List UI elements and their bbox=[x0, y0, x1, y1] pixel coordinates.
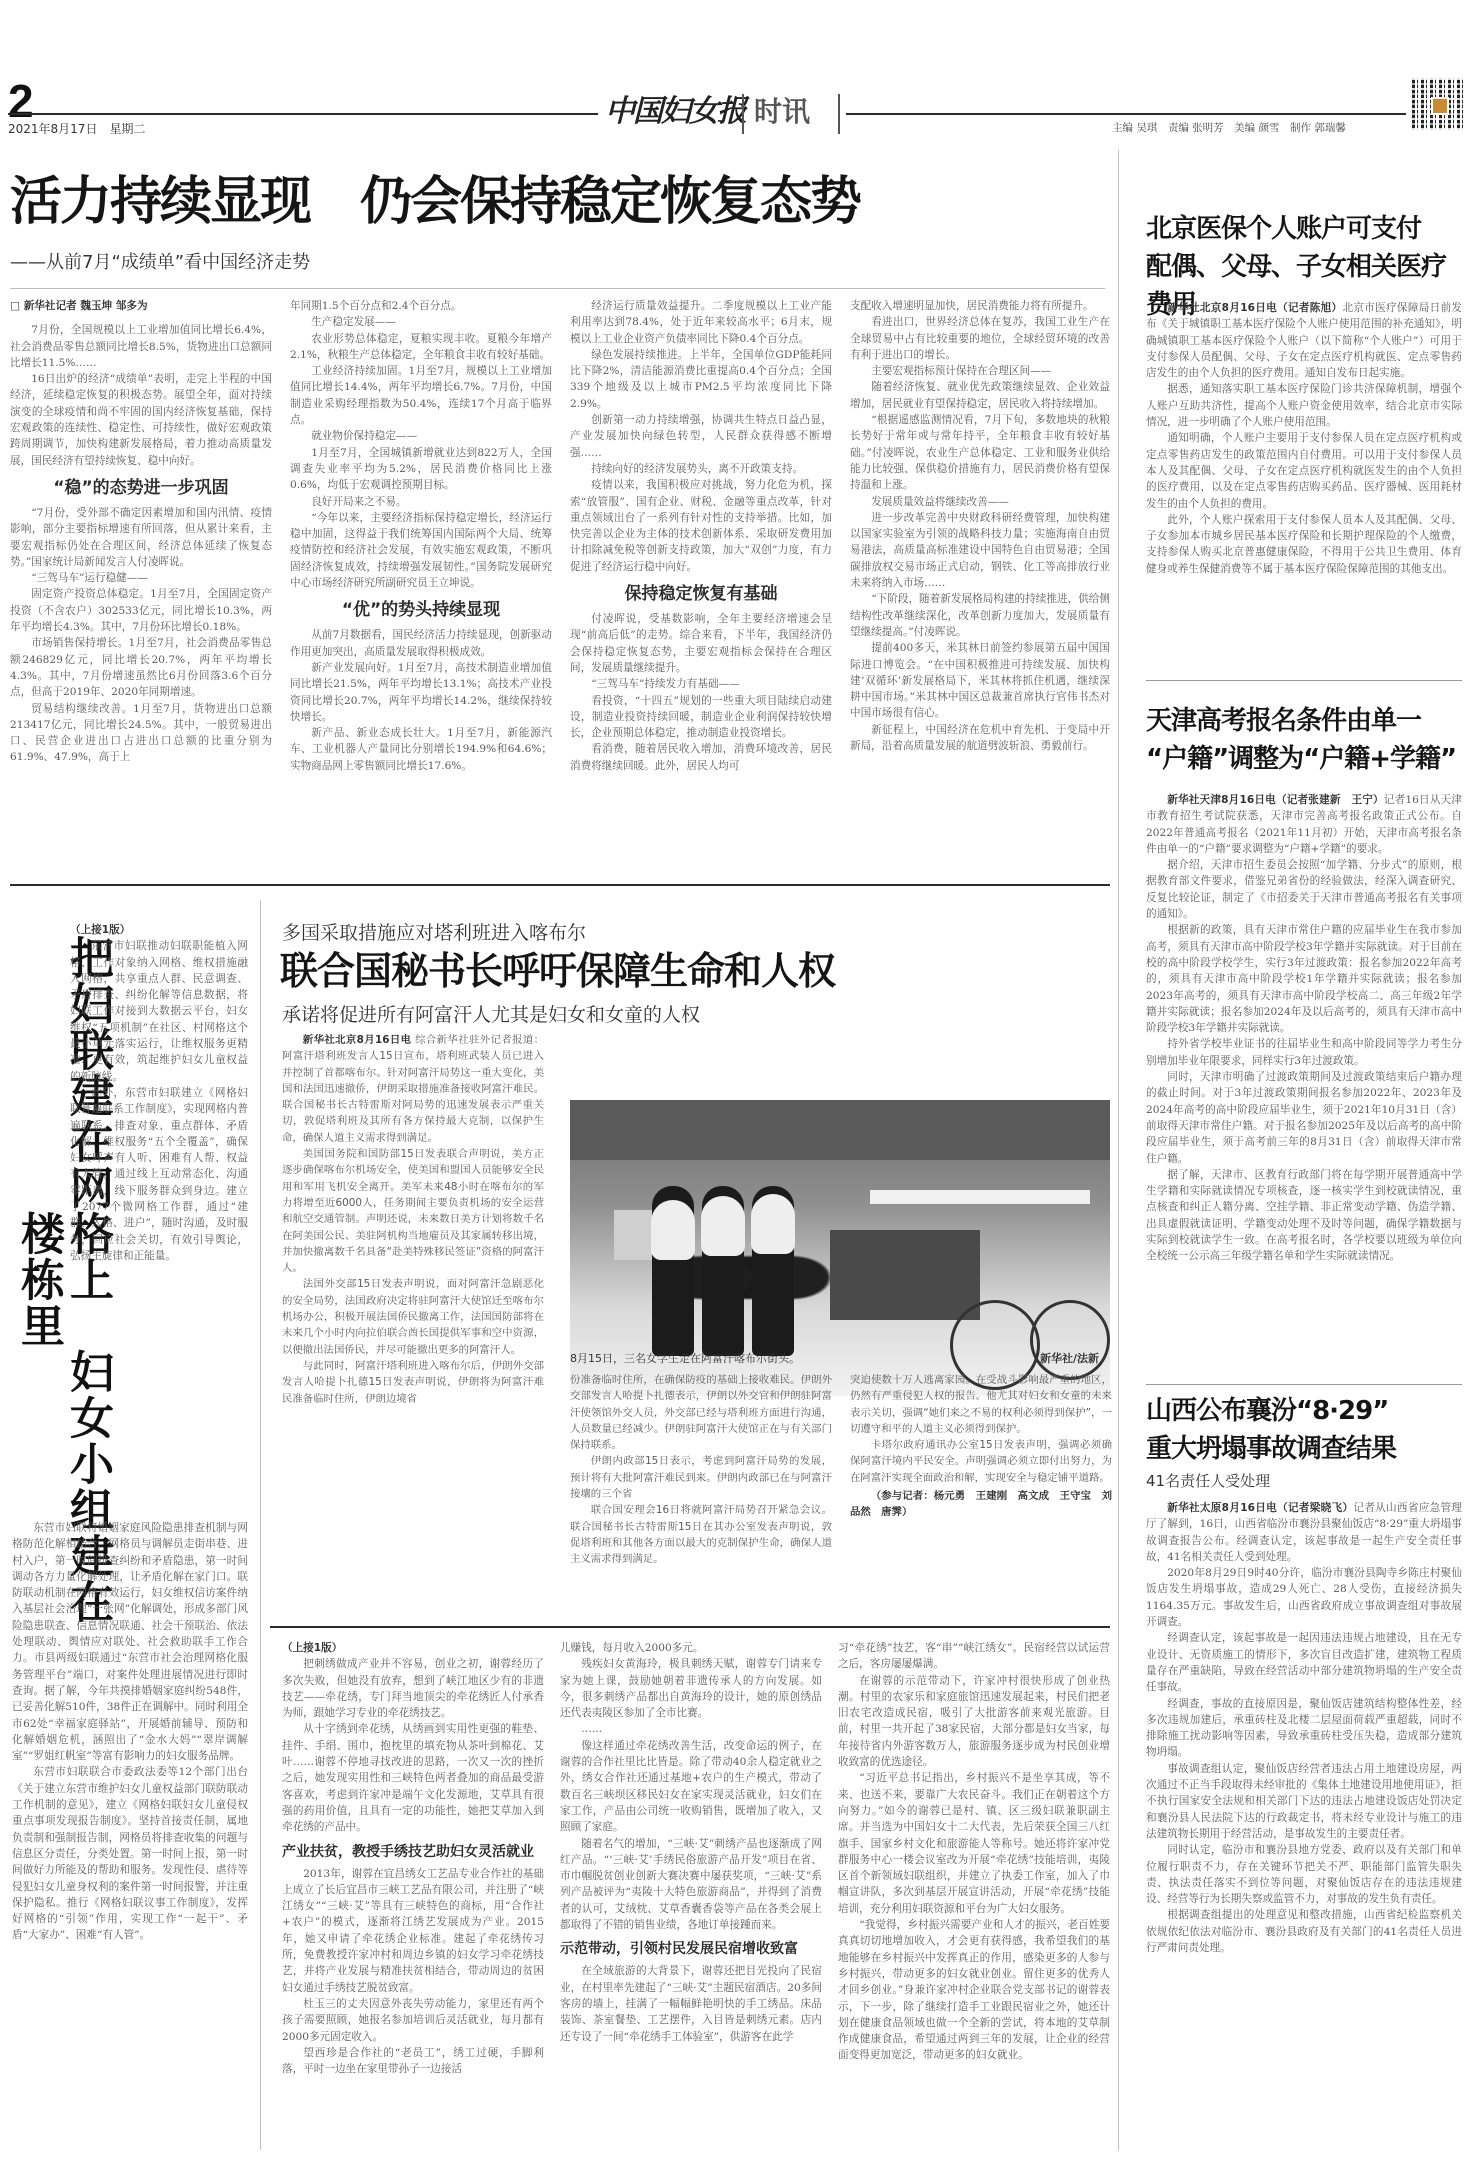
paragraph: 市场销售保持增长。1月至7月，社会消费品零售总额246829亿元，同比增长20.… bbox=[10, 635, 272, 700]
photo-headscarf bbox=[701, 1196, 745, 1256]
paragraph: 年同期1.5个百分点和2.4个百分点。 bbox=[290, 298, 552, 314]
photo-bin bbox=[614, 1210, 654, 1260]
paragraph: 新产业发展向好。1月至7月，高技术制造业增加值同比增长21.5%，两年平均增长1… bbox=[290, 660, 552, 725]
photo-canopy bbox=[870, 1190, 1090, 1204]
lower-section-rule bbox=[270, 1626, 1110, 1628]
paragraph: 看消费，随着居民收入增加，消费环境改善，居民消费将继续回暖。此外，居民人均可 bbox=[570, 741, 832, 774]
story2-headline-line1: 天津高考报名条件由单一 bbox=[1146, 702, 1466, 740]
embroidery-column-3: 习“牵花绣”技艺，客“串”“峡江绣女”。民宿经营以试运营之后，客房屡屡爆满。 在… bbox=[838, 1640, 1110, 2064]
paragraph: 1月至7月，全国城镇新增就业达到822万人，全国调查失业率平均为5.2%，居民消… bbox=[290, 445, 552, 494]
lead-column-3: 经济运行质量效益提升。二季度规模以上工业产能利用率达到78.4%，处于近年来较高… bbox=[570, 298, 832, 774]
newspaper-logo: 中国妇女报 bbox=[605, 86, 745, 130]
paragraph: 望西珍是合作社的“老员工”，绣工过硬，手脚利落，平时一边坐在家里带孙子一边接活 bbox=[282, 2045, 544, 2078]
paragraph: 与此同时，阿富汗塔利班进入喀布尔后，伊朗外交部发言人哈提卜扎德15日发表声明说，… bbox=[282, 1358, 544, 1407]
paragraph: 伊朗内政部15日表示，考虑到阿富汗局势的发展，预计将有大批阿富汗难民到来。伊朗内… bbox=[570, 1453, 832, 1502]
story3-subheadline: 41名责任人受处理 bbox=[1146, 1470, 1270, 1491]
paragraph: …… bbox=[560, 1721, 822, 1737]
paragraph: 在全域旅游的大背景下，谢蓉还把目光投向了民宿业，在村里率先建起了“三峡·艾”主题… bbox=[560, 1963, 822, 2044]
mid-page-rule bbox=[10, 884, 1110, 886]
un-column-3: 突迫使数十万人逃离家园。在受战斗影响最严重的地区，仍然有严重侵犯人权的报告。他尤… bbox=[850, 1372, 1112, 1521]
paragraph: 经调查认定，该起事故是一起因违法违规占地建设，且在无专业设计、无资质施工的情形下… bbox=[1146, 1630, 1462, 1695]
paragraph: 突迫使数十万人逃离家园。在受战斗影响最严重的地区，仍然有严重侵犯人权的报告。他尤… bbox=[850, 1372, 1112, 1437]
story2-headline: 天津高考报名条件由单一 “户籍”调整为“户籍+学籍” bbox=[1146, 702, 1466, 778]
women-story-body-top: （上接1版） 东营市妇联推动妇联职能植入网格、工作对象纳入网格、维权措施融入网格… bbox=[70, 922, 248, 1264]
embroidery-column-2: 儿赚钱，每月收入2000多元。 残疾妇女黄海玲，极具刺绣天赋，谢蓉专门请来专家为… bbox=[560, 1640, 822, 2045]
paragraph: 固定资产投资总体稳定。1月至7月，全国固定资产投资（不含农户）302533亿元，… bbox=[10, 586, 272, 635]
paragraph: 杜玉三的丈夫因意外丧失劳动能力，家里还有两个孩子需要照顾，她报名参加培训后灵活就… bbox=[282, 1996, 544, 2045]
paragraph: “今年以来，主要经济指标保持稳定增长，经济运行稳中加固，这得益于我们统筹国内国际… bbox=[290, 510, 552, 591]
lead-column-4: 支配收入增速明显加快，居民消费能力将有所提升。 看进出口，世界经济总体在复苏，我… bbox=[850, 298, 1110, 754]
un-dateline: 新华社北京8月16日电 bbox=[303, 1034, 412, 1046]
masthead-rule-right bbox=[846, 113, 1406, 115]
story2-headline-line2: “户籍”调整为“户籍+学籍” bbox=[1146, 740, 1466, 778]
lead-headline: 活力持续显现 仍会保持稳定恢复态势 bbox=[10, 172, 860, 232]
story2-dateline: 新华社天津8月16日电（记者张建新 王宁） bbox=[1167, 794, 1384, 806]
qr-code-icon[interactable] bbox=[1412, 78, 1464, 130]
embroidery-subhead-poverty: 产业扶贫，教授手绣技艺助妇女灵活就业 bbox=[282, 1842, 544, 1862]
headline-separator bbox=[10, 288, 1105, 289]
story3-headline: 山西公布襄汾“8·29” 重大坍塌事故调查结果 bbox=[1146, 1392, 1466, 1468]
paragraph: 此外，个人账户探索用于支付参保人员本人及其配偶、父母、子女参加本市城乡居民基本医… bbox=[1146, 512, 1462, 577]
paragraph: 进一步改革完善中央财政科研经费管理，加快构建以国家实验室为引领的战略科技力量；实… bbox=[850, 510, 1110, 591]
paragraph: 卡塔尔政府通讯办公室15日发表声明，强调必须确保阿富汗境内平民安全。声明强调必须… bbox=[850, 1437, 1112, 1486]
paragraph: 像这样通过牵花绣改善生活，改变命运的例子，在谢蓉的合作社里比比皆是。除了带动40… bbox=[560, 1738, 822, 1836]
paragraph: 儿赚钱，每月收入2000多元。 bbox=[560, 1640, 822, 1656]
story2-body: 新华社天津8月16日电（记者张建新 王宁）记者16日从天津市教育招生考试院获悉，… bbox=[1146, 792, 1462, 1265]
paragraph: 经调查，事故的直接原因是，聚仙饭店建筑结构整体性差，经多次违规加建后，承重砖柱及… bbox=[1146, 1696, 1462, 1761]
paragraph: 新征程上，中国经济在危机中育先机、于变局中开新局，沿着高质量发展的航道劈波斩浪、… bbox=[850, 722, 1110, 755]
paragraph: 疫情以来，我国积极应对挑战，努力化危为机，探索“放管服”、国有企业、财税、金融等… bbox=[570, 477, 832, 575]
photo-awning bbox=[570, 1100, 1110, 1160]
photo-caption: 8月15日，三名女学生走在阿富汗喀布尔街头。 bbox=[570, 1350, 800, 1366]
paragraph: 2013年，谢蓉在宜昌绣女工艺品专业合作社的基础上成立了长后宜昌市三峡工艺品有限… bbox=[282, 1866, 544, 1996]
paragraph: 7月份，全国规模以上工业增加值同比增长6.4%，社会消费品零售总额同比增长8.5… bbox=[10, 322, 272, 371]
paragraph: 发展质量效益将继续改善—— bbox=[850, 494, 1110, 510]
contributing-reporters: （参与记者：杨元勇 王建刚 高文成 王守宝 刘品然 唐霁） bbox=[850, 1488, 1112, 1521]
paragraph: “我觉得，乡村振兴需要产业和人才的振兴，老百姓要真真切切地增加收入，才会更有获得… bbox=[838, 1917, 1110, 2064]
story1-divider bbox=[1146, 680, 1462, 681]
paragraph: 16日出炉的经济“成绩单”表明，走完上半程的中国经济，延续稳定恢复的积极态势。展… bbox=[10, 371, 272, 469]
paragraph: 农业形势总体稳定，夏粮实现丰收。夏粮今年增产2.1%，秋粮生产总体稳定，全年粮食… bbox=[290, 331, 552, 364]
paragraph: 同时认定，临汾市和襄汾县地方党委、政府以及有关部门和单位履行职责不力，存在关键环… bbox=[1146, 1842, 1462, 1907]
issue-date: 2021年8月17日 星期二 bbox=[8, 120, 145, 137]
paragraph: 从前7月数据看，国民经济活力持续显现，创新驱动作用更加突出，高质量发展取得积极成… bbox=[290, 627, 552, 660]
paragraph: 份准备临时住所，在确保防疫的基础上接收难民。伊朗外交部发言人哈提卜扎德表示，伊朗… bbox=[570, 1372, 832, 1453]
paragraph: 持续向好的经济发展势头，离不开政策支持。 bbox=[570, 461, 832, 477]
un-column-1: 新华社北京8月16日电 综合新华社驻外记者报道：阿富汗塔利班发言人15日宣布，塔… bbox=[282, 1032, 544, 1407]
paragraph: 把刺绣做成产业并不容易，创业之初，谢蓉经历了多次失败，但她没有放弃，想到了峡江地… bbox=[282, 1656, 544, 1721]
story3-body: 新华社太原8月16日电（记者梁晓飞）记者从山西省应急管理厅了解到，16日，山西省… bbox=[1146, 1500, 1462, 1956]
lead-subheadline: ——从前7月“成绩单”看中国经济走势 bbox=[10, 248, 310, 274]
paragraph: 据介绍，天津市招生委员会按照“加学籍、分步式”的原则，根据教育部文件要求，借鉴兄… bbox=[1146, 857, 1462, 922]
paragraph: 综合新华社驻外记者报道：阿富汗塔利班发言人15日宣布，塔利班武装人员已进入并控制… bbox=[282, 1034, 544, 1144]
paragraph: “下阶段，随着新发展格局构建的持续推进，供给侧结构性改革继续深化，改革创新力度加… bbox=[850, 591, 1110, 640]
photo-credit: 新华社/法新 bbox=[1040, 1350, 1099, 1366]
right-column-divider bbox=[1118, 150, 1119, 2150]
paragraph: “根据遥感监测情况看，7月下旬，多数地块的秋粮长势好于常年或与常年持平，全年粮食… bbox=[850, 412, 1110, 493]
paragraph: 良好开局来之不易。 bbox=[290, 494, 552, 510]
paragraph: 东营市妇联将婚姻家庭风险隐患排查机制与网格防范化解相结合，网格员与调解员走街串巷… bbox=[12, 1520, 248, 1764]
embroidery-column-1: （上接1版） 把刺绣做成产业并不容易，创业之初，谢蓉经历了多次失败，但她没有放弃… bbox=[282, 1640, 544, 2077]
paragraph: 2020年8月29日9时40分许，临汾市襄汾县陶寺乡陈庄村聚仙饭店发生坍塌事故，… bbox=[1146, 1565, 1462, 1630]
story2-divider bbox=[1146, 1384, 1462, 1385]
paragraph: 此外，东营市妇联建立《网格妇联普遍联系工作制度》，实现网格内普遍联系、排查对象、… bbox=[70, 1085, 248, 1264]
story3-headline-line2: 重大坍塌事故调查结果 bbox=[1146, 1430, 1466, 1468]
paragraph: 美国国务院和国防部15日发表联合声明说，美方正逐步确保喀布尔机场安全，使美国和盟… bbox=[282, 1146, 544, 1276]
story3-dateline: 新华社太原8月16日电（记者梁晓飞） bbox=[1167, 1502, 1353, 1514]
paragraph: 看投资，“十四五”规划的一些重大项目陆续启动建设，制造业投资持续回暖，制造业企业… bbox=[570, 693, 832, 742]
paragraph: 残疾妇女黄海玲，极具刺绣天赋，谢蓉专门请来专家为她上课，鼓励她朝着非遗传承人的方… bbox=[560, 1656, 822, 1721]
paragraph: 绿色发展持续推进。上半年，全国单位GDP能耗同比下降2%，清洁能源消费比重提高0… bbox=[570, 347, 832, 412]
lead-column-2: 年同期1.5个百分点和2.4个百分点。 生产稳定发展—— 农业形势总体稳定，夏粮… bbox=[290, 298, 552, 774]
paragraph: 创新第一动力持续增强，协调共生特点日益凸显，产业发展加快向绿色转型，人民群众获得… bbox=[570, 412, 832, 461]
paragraph: 同时，天津市明确了过渡政策期间及过渡政策结束后户籍办理的截止时间。对于3年过渡政… bbox=[1146, 1069, 1462, 1167]
paragraph: 提前400多天，米其林日前签约参展第五届中国国际进口博览会。“在中国积极推进可持… bbox=[850, 640, 1110, 721]
un-column-2: 份准备临时住所，在确保防疫的基础上接收难民。伊朗外交部发言人哈提卜扎德表示，伊朗… bbox=[570, 1372, 832, 1568]
section-divider bbox=[838, 94, 840, 134]
paragraph: 事故调查组认定，聚仙饭店经营者违法占用土地建设房屋，两次通过不正当手段取得未经审… bbox=[1146, 1761, 1462, 1842]
paragraph: 看进出口，世界经济总体在复苏，我国工业生产在全球贸易中占有比较重要的地位，全球经… bbox=[850, 314, 1110, 363]
paragraph: 据悉，通知落实职工基本医疗保险门诊共济保障机制，增强个人账户互助共济性，提高个人… bbox=[1146, 381, 1462, 430]
embroidery-continued: （上接1版） bbox=[282, 1640, 544, 1656]
paragraph: 根据新的政策，具有天津市常住户籍的应届毕业生在我市参加高考，须具有天津市高中阶段… bbox=[1146, 922, 1462, 1036]
paragraph: 法国外交部15日发表声明说，面对阿富汗急剧恶化的安全局势，法国政府决定将驻阿富汗… bbox=[282, 1276, 544, 1357]
paragraph: “三驾马车”持续发力有基础—— bbox=[570, 676, 832, 692]
photo-headscarf bbox=[751, 1194, 795, 1254]
paragraph: 随着名气的增加，“三峡·艾”刺绣产品也逐渐成了网红产品。“‘三峡·艾’手绣民俗旅… bbox=[560, 1836, 822, 1934]
photo-market-stall bbox=[830, 1230, 980, 1320]
masthead-rule-left bbox=[8, 113, 598, 115]
paragraph: 贸易结构继续改善。1月至7月，货物进出口总额213417亿元，同比增长24.5%… bbox=[10, 701, 272, 766]
photo-headscarf bbox=[651, 1200, 695, 1260]
un-kicker: 多国采取措施应对塔利班进入喀布尔 bbox=[282, 918, 586, 945]
subhead-foundation: 保持稳定恢复有基础 bbox=[570, 581, 832, 607]
paragraph: 习“牵花绣”技艺，客“串”“峡江绣女”。民宿经营以试运营之后，客房屡屡爆满。 bbox=[838, 1640, 1110, 1673]
embroidery-subhead-homestay: 示范带动，引领村民发展民宿增收致富 bbox=[560, 1939, 822, 1959]
paragraph: 联合国安理会16日将就阿富汗局势召开紧急会议。联合国秘书长古特雷斯15日在其办公… bbox=[570, 1502, 832, 1567]
paragraph: 随着经济恢复、就业优先政策继续显效、企业效益增加，居民就业有望保持稳定，居民收入… bbox=[850, 379, 1110, 412]
subhead-stability: “稳”的态势进一步巩固 bbox=[10, 475, 272, 501]
paragraph: “7月份，受外部不确定因素增加和国内汛情、疫情影响，部分主要指标增速有所回落，但… bbox=[10, 505, 272, 570]
story3-headline-line1: 山西公布襄汾“8·29” bbox=[1146, 1392, 1466, 1430]
un-subheadline: 承诺将促进所有阿富汗人尤其是妇女和女童的人权 bbox=[282, 1000, 700, 1027]
continued-from-page-1: （上接1版） bbox=[70, 922, 248, 938]
paragraph: 生产稳定发展—— bbox=[290, 314, 552, 330]
paragraph: 东营市妇联推动妇联职能植入网格、工作对象纳入网格、维权措施融入网格，共享重点人群… bbox=[70, 938, 248, 1085]
paragraph: 就业物价保持稳定—— bbox=[290, 428, 552, 444]
women-story-body-bottom: 东营市妇联将婚姻家庭风险隐患排查机制与网格防范化解相结合，网格员与调解员走街串巷… bbox=[12, 1520, 248, 1944]
paragraph: 工业经济持续加固。1月至7月，规模以上工业增加值同比增长14.4%，两年平均增长… bbox=[290, 363, 552, 428]
paragraph: 支配收入增速明显加快，居民消费能力将有所提升。 bbox=[850, 298, 1110, 314]
paragraph: 根据调查组提出的处理意见和整改措施，山西省纪检监察机关依规依纪依法对临汾市、襄汾… bbox=[1146, 1907, 1462, 1956]
logo-divider bbox=[742, 94, 744, 134]
subhead-excellence: “优”的势头持续显现 bbox=[290, 597, 552, 623]
paragraph: 据了解，天津市、区教育行政部门将在每学期开展普通高中学生学籍和实际就读情况专项核… bbox=[1146, 1167, 1462, 1265]
paragraph: 持外省学校毕业证书的往届毕业生和高中阶段同等学力考生分别增加毕业年限要求，同样实… bbox=[1146, 1036, 1462, 1069]
paragraph: 东营市妇联联合市委政法委等12个部门出台《关于建立东营市维护妇女儿童权益部门联防… bbox=[12, 1764, 248, 1943]
story1-headline-line1: 北京医保个人账户可支付 bbox=[1146, 210, 1466, 248]
story1-body: 新华社北京8月16日电（记者陈旭）北京市医疗保障局日前发布《关于城镇职工基本医疗… bbox=[1146, 300, 1462, 577]
paragraph: 从十字绣到牵花绣，从绣画到实用性更强的鞋垫、挂件、手绢、围巾，抱枕里的填充物从茶… bbox=[282, 1721, 544, 1835]
women-story-divider bbox=[260, 900, 261, 2150]
photo-bicycle-wheel bbox=[1030, 1300, 1110, 1380]
paragraph: 通知明确，个人账户主要用于支付参保人员在定点医疗机构或定点零售药店发生的政策范围… bbox=[1146, 430, 1462, 511]
story1-dateline: 新华社北京8月16日电（记者陈旭） bbox=[1167, 302, 1342, 314]
paragraph: 主要宏观指标预计保持在合理区间—— bbox=[850, 363, 1110, 379]
paragraph: 经济运行质量效益提升。二季度规模以上工业产能利用率达到78.4%，处于近年来较高… bbox=[570, 298, 832, 347]
paragraph: 新产品、新业态成长壮大。1月至7月，新能源汽车、工业机器人产量同比分别增长194… bbox=[290, 725, 552, 774]
section-name: 时讯 bbox=[754, 90, 810, 130]
paragraph: 在谢蓉的示范带动下，许家冲村很快形成了创业热潮。村里的农家乐和家庭旅馆迅速发展起… bbox=[838, 1673, 1110, 1771]
lead-column-1: □ 新华社记者 魏玉坤 邹多为 7月份，全国规模以上工业增加值同比增长6.4%，… bbox=[10, 298, 272, 766]
byline: □ 新华社记者 魏玉坤 邹多为 bbox=[10, 298, 272, 314]
paragraph: “习近平总书记指出，乡村振兴不是坐享其成，等不来、也送不来，要靠广大农民奋斗。我… bbox=[838, 1770, 1110, 1917]
paragraph: “三驾马车”运行稳健—— bbox=[10, 570, 272, 586]
un-headline: 联合国秘书长呼吁保障生命和人权 bbox=[280, 948, 835, 994]
editor-credits: 主编 吴琪 责编 张明芳 美编 颜雪 制作 郭瑞馨 bbox=[1112, 120, 1346, 135]
paragraph: 付凌晖说，受基数影响，全年主要经济增速会呈现“前高后低”的走势。综合来看，下半年… bbox=[570, 611, 832, 676]
